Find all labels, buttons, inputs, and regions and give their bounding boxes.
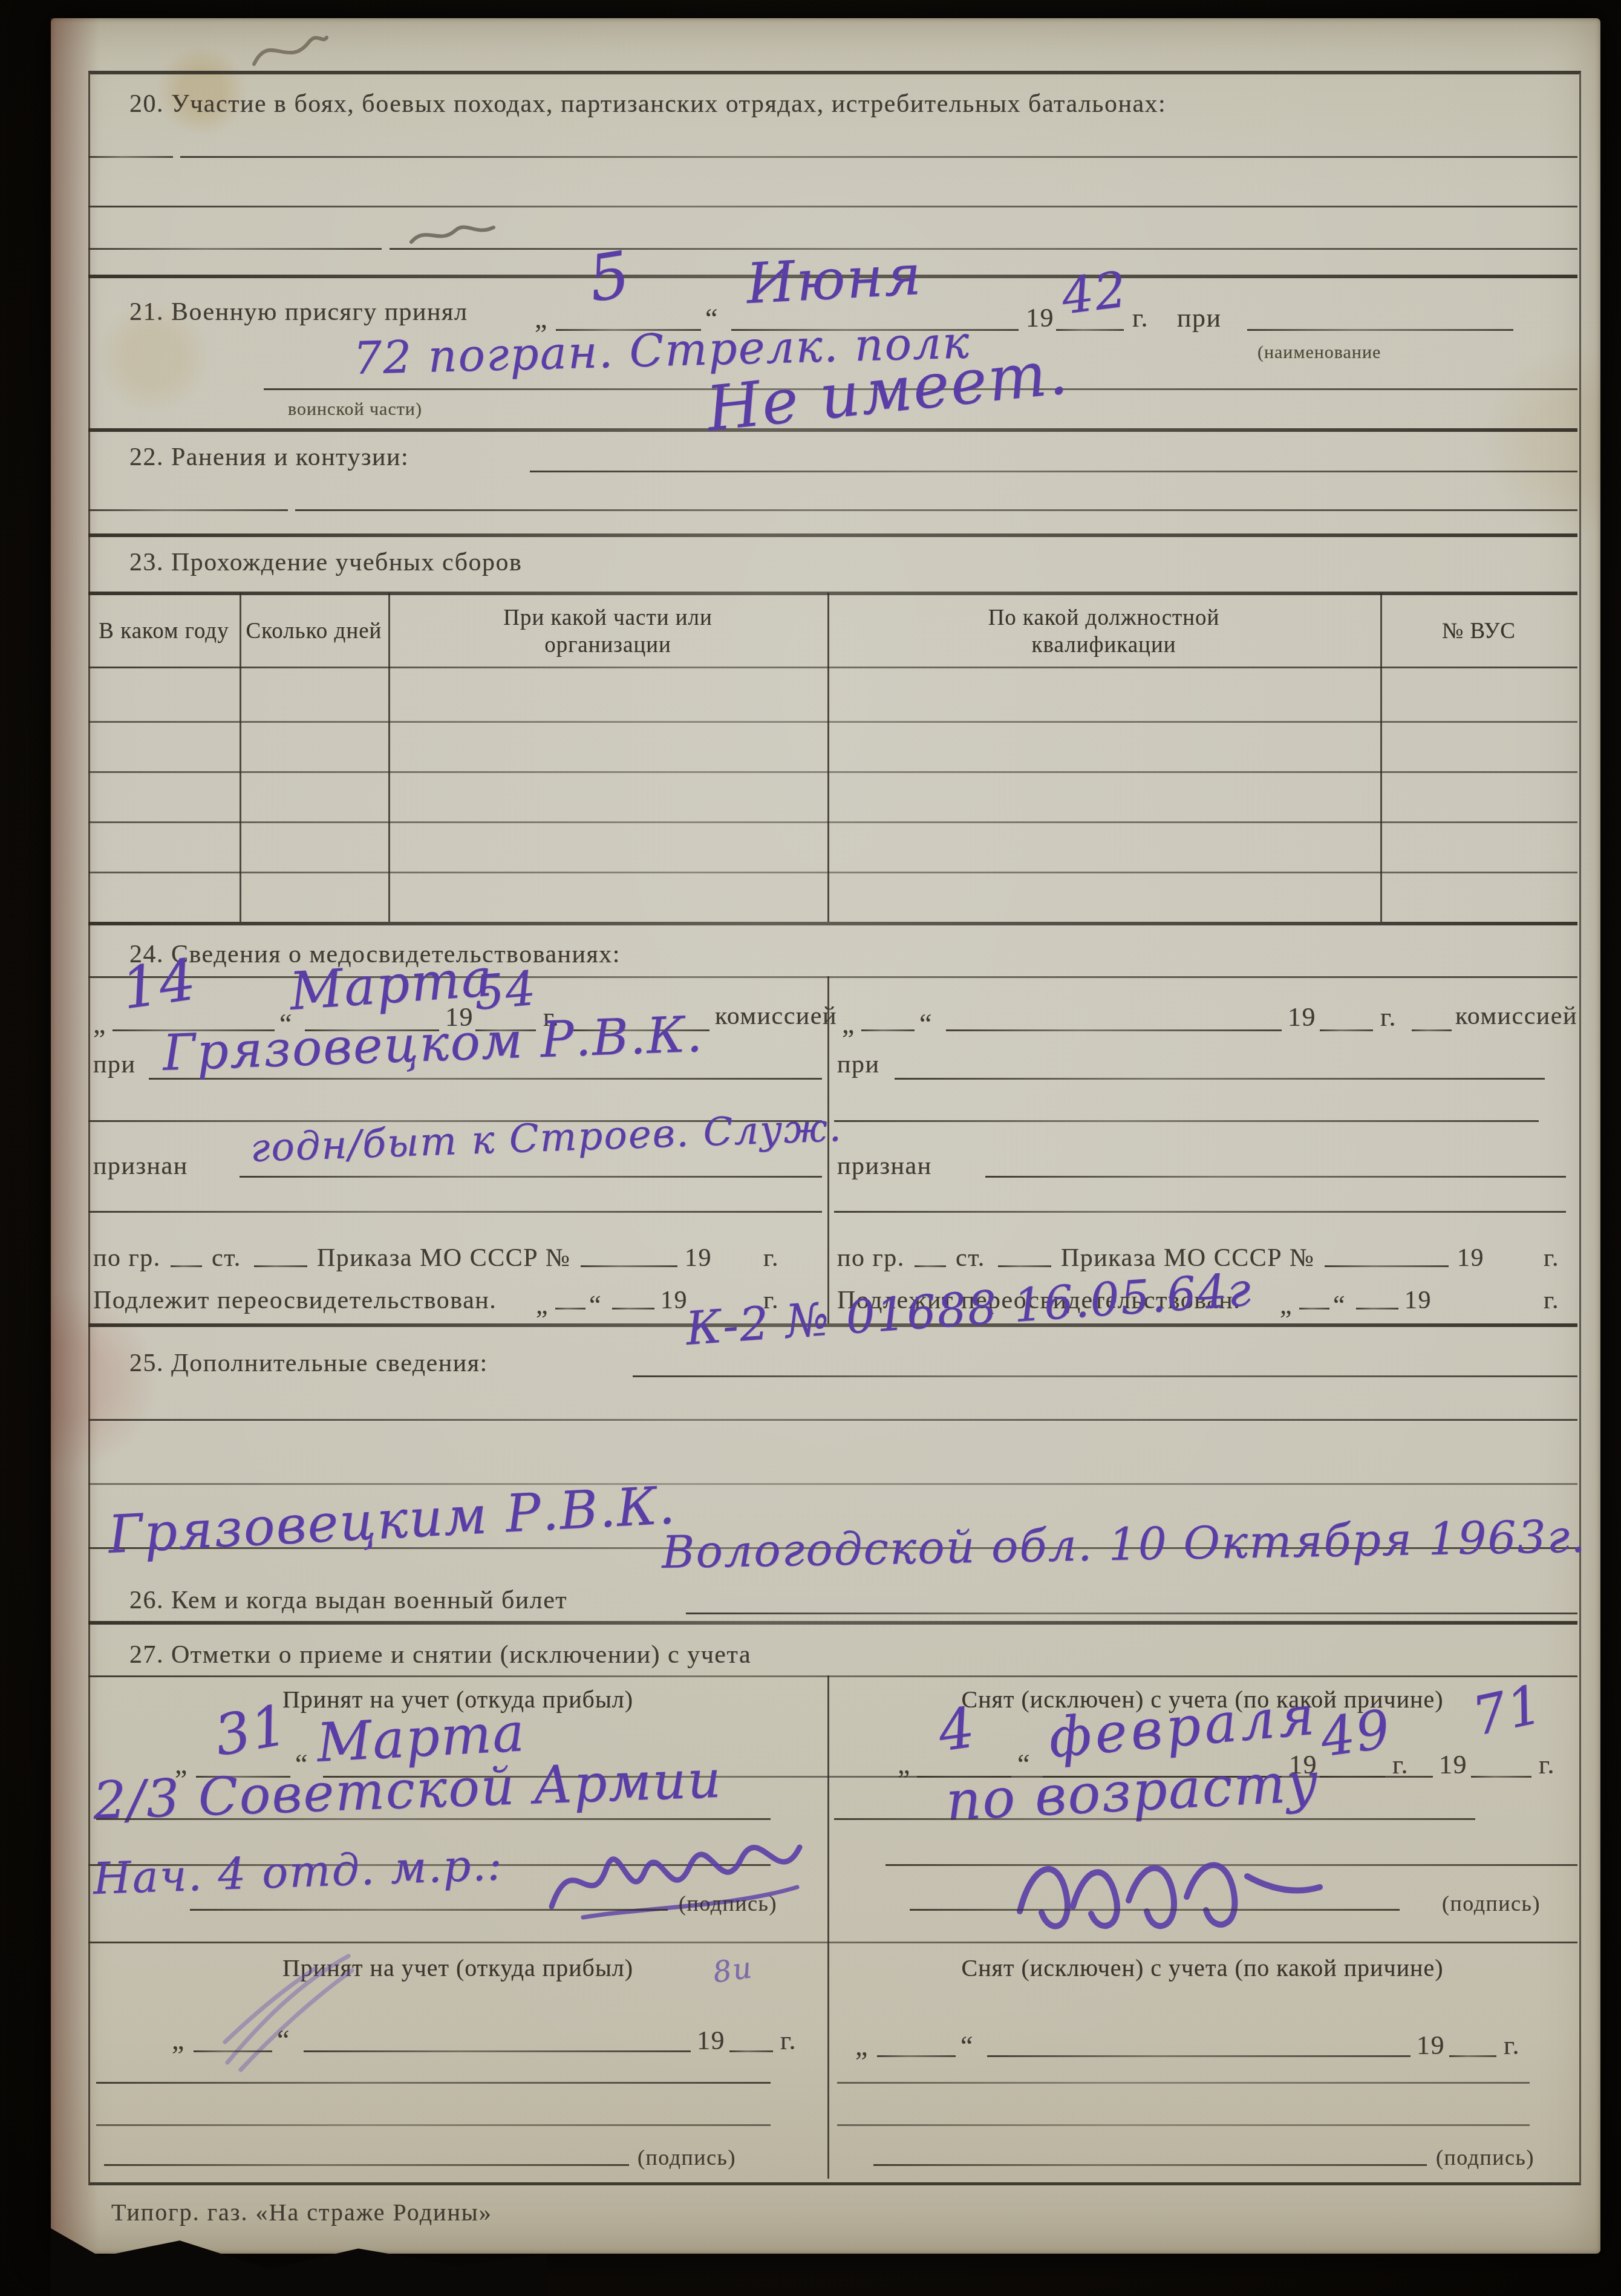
fill-line bbox=[1320, 1029, 1373, 1031]
ruled-line bbox=[837, 2082, 1530, 2084]
year-suffix: г. bbox=[1504, 2030, 1520, 2061]
st-label: ст. bbox=[212, 1244, 241, 1273]
ruled-line bbox=[390, 248, 1577, 250]
pen-scrawl-top bbox=[250, 27, 329, 75]
fill-line bbox=[1471, 1776, 1531, 1778]
ruled-line bbox=[834, 1120, 1539, 1122]
year-prefix: 19 bbox=[685, 1244, 712, 1273]
section-divider bbox=[88, 1621, 1577, 1625]
fill-line bbox=[1247, 329, 1513, 331]
po-gr-label: по гр. bbox=[93, 1244, 161, 1273]
ruled-line bbox=[96, 2082, 771, 2084]
dash-line bbox=[254, 1265, 307, 1267]
section20-label: 20. Участие в боях, боевых походах, парт… bbox=[129, 90, 1166, 119]
hw-registry-mark: 8и bbox=[711, 1951, 755, 1990]
fill-line bbox=[686, 1613, 1577, 1614]
open-quote: „ bbox=[1280, 1290, 1293, 1320]
fill-line bbox=[1449, 2055, 1496, 2057]
priznan-label: признан bbox=[93, 1152, 188, 1181]
year-prefix: 19 bbox=[697, 2025, 725, 2056]
ruled-line bbox=[88, 206, 1577, 207]
ruled-line bbox=[96, 2124, 771, 2126]
hw-med-day: 14 bbox=[117, 947, 201, 1022]
year-suffix: г. bbox=[1544, 1286, 1559, 1315]
section-divider bbox=[88, 533, 1577, 537]
hw-oath-month: Июня bbox=[745, 243, 924, 316]
prikaz-label: Приказа МО СССР № bbox=[317, 1244, 571, 1273]
open-quote: „ bbox=[536, 1290, 549, 1320]
po-gr-label: по гр. bbox=[837, 1244, 905, 1273]
hw-accept-day: 31 bbox=[210, 1692, 293, 1769]
open-quote: „ bbox=[172, 2024, 185, 2056]
dash-line bbox=[1299, 1308, 1329, 1309]
ruled-line bbox=[180, 156, 1577, 158]
signature-line bbox=[190, 1909, 668, 1911]
table-row-line bbox=[88, 872, 1577, 873]
year-prefix: 19 bbox=[1288, 1002, 1316, 1032]
signature-caption: (подпись) bbox=[679, 1891, 777, 1916]
fill-line bbox=[633, 1375, 1577, 1377]
year-prefix: 19 bbox=[1026, 302, 1054, 333]
ink-smudge bbox=[408, 220, 498, 252]
year-prefix: 19 bbox=[1404, 1286, 1432, 1315]
open-quote: „ bbox=[898, 1748, 911, 1780]
commission-label: комиссией bbox=[715, 1002, 837, 1031]
dash-line bbox=[612, 1308, 654, 1309]
ruled-line bbox=[88, 509, 288, 511]
commission-label: комиссией bbox=[1455, 1002, 1577, 1031]
year-suffix: г. bbox=[780, 2025, 797, 2056]
table-bottom-border bbox=[88, 922, 1577, 925]
table-row-line bbox=[88, 821, 1577, 823]
ruled-line bbox=[295, 509, 1577, 511]
dash-line bbox=[998, 1265, 1051, 1267]
year-suffix: г. bbox=[1539, 1749, 1555, 1780]
year-prefix: 19 bbox=[1439, 1749, 1467, 1780]
year-prefix: 19 bbox=[660, 1286, 688, 1315]
ruled-line bbox=[837, 2124, 1530, 2126]
podlezhit-label: Подлежит переосвидетельствован. bbox=[93, 1286, 497, 1315]
col-header-qualification: По какой должностной квалификации bbox=[827, 599, 1380, 664]
priznan-label: признан bbox=[837, 1152, 932, 1181]
dash-line bbox=[555, 1308, 585, 1309]
col-header-year: В каком году bbox=[88, 599, 240, 664]
close-quote: “ bbox=[961, 2030, 974, 2062]
fill-line bbox=[1412, 1029, 1452, 1031]
unit-caption-top: (наименование bbox=[1257, 342, 1381, 363]
fill-line bbox=[194, 2050, 272, 2052]
hw-accept-year: 49 bbox=[1317, 1697, 1395, 1769]
paper-sheet: 20. Участие в боях, боевых походах, парт… bbox=[51, 18, 1600, 2254]
open-quote: „ bbox=[855, 2030, 869, 2062]
close-quote: “ bbox=[1333, 1290, 1346, 1320]
fill-line bbox=[895, 1078, 1545, 1080]
close-quote: “ bbox=[589, 1290, 602, 1320]
signature-scrawl bbox=[1013, 1839, 1327, 1948]
ruled-line bbox=[88, 1483, 1577, 1485]
col-header-unit: При какой части или организации bbox=[388, 599, 827, 664]
dash-line bbox=[171, 1265, 202, 1267]
pri-label: при bbox=[93, 1050, 135, 1079]
fill-line bbox=[729, 2050, 773, 2052]
printer-imprint: Типогр. газ. «На страже Родины» bbox=[111, 2198, 492, 2226]
remove-header: Снят (исключен) с учета (по какой причин… bbox=[827, 1951, 1577, 1985]
signature-caption: (подпись) bbox=[1442, 1891, 1541, 1916]
scanned-military-id-page: { "colors": { "ink_purple": "#5a3ea6", "… bbox=[0, 0, 1621, 2296]
ruled-line bbox=[88, 1211, 822, 1213]
ruled-line bbox=[88, 156, 173, 158]
pri-label: при bbox=[1177, 302, 1222, 333]
table-row-line bbox=[88, 721, 1577, 723]
year-prefix: 19 bbox=[1417, 2030, 1445, 2061]
table-top-border bbox=[88, 592, 1577, 595]
fill-line bbox=[530, 471, 1577, 472]
section23-label: 23. Прохождение учебных сборов bbox=[129, 548, 522, 577]
st-label: ст. bbox=[956, 1244, 985, 1273]
year-suffix: г. bbox=[1132, 302, 1149, 333]
section26-label: 26. Кем и когда выдан военный билет bbox=[129, 1586, 567, 1615]
year-suffix: г. bbox=[1544, 1244, 1559, 1273]
fill-line bbox=[304, 2050, 691, 2052]
ruled-line bbox=[88, 1419, 1577, 1421]
ruled-line bbox=[88, 1675, 1577, 1677]
signature-line bbox=[873, 2164, 1427, 2166]
unit-caption-bottom: воинской части) bbox=[288, 399, 422, 420]
signature-caption: (подпись) bbox=[638, 2145, 736, 2170]
ruled-line bbox=[834, 1818, 1475, 1820]
fill-line bbox=[581, 1265, 677, 1267]
year-prefix: 19 bbox=[1457, 1244, 1484, 1273]
ruled-line bbox=[88, 248, 382, 250]
section22-label: 22. Ранения и контузии: bbox=[129, 443, 409, 472]
fill-line bbox=[987, 2055, 1411, 2057]
section25-label: 25. Дополнительные сведения: bbox=[129, 1349, 488, 1378]
registry-column-divider bbox=[827, 1675, 829, 2179]
fill-line bbox=[1056, 329, 1124, 331]
hw-oath-year: 42 bbox=[1058, 261, 1130, 325]
close-quote: “ bbox=[277, 2024, 290, 2056]
fill-line bbox=[861, 1029, 915, 1031]
fill-line bbox=[240, 1176, 822, 1178]
dash-line bbox=[1356, 1308, 1398, 1309]
signature-line bbox=[910, 1909, 1400, 1911]
signature-caption: (подпись) bbox=[1436, 2145, 1535, 2170]
fill-line bbox=[985, 1176, 1566, 1178]
col-header-vus: № ВУС bbox=[1380, 599, 1577, 664]
section21-label: 21. Военную присягу принял bbox=[129, 298, 468, 327]
fill-line bbox=[946, 1029, 1282, 1031]
fill-line bbox=[1325, 1265, 1449, 1267]
close-quote: “ bbox=[919, 1008, 933, 1040]
ruled-line bbox=[834, 1211, 1566, 1213]
year-suffix: г. bbox=[763, 1244, 779, 1273]
signature-line bbox=[104, 2164, 629, 2166]
pri-label: при bbox=[837, 1050, 879, 1079]
open-quote: „ bbox=[842, 1008, 855, 1040]
col-header-days: Сколько дней bbox=[240, 599, 388, 664]
year-suffix: г. bbox=[1380, 1002, 1397, 1032]
dash-line bbox=[915, 1265, 946, 1267]
table-header-rule bbox=[88, 667, 1577, 668]
table-row-line bbox=[88, 771, 1577, 773]
section27-label: 27. Отметки о приеме и снятии (исключени… bbox=[129, 1640, 751, 1669]
fill-line bbox=[877, 2055, 956, 2057]
open-quote: „ bbox=[93, 1008, 106, 1040]
